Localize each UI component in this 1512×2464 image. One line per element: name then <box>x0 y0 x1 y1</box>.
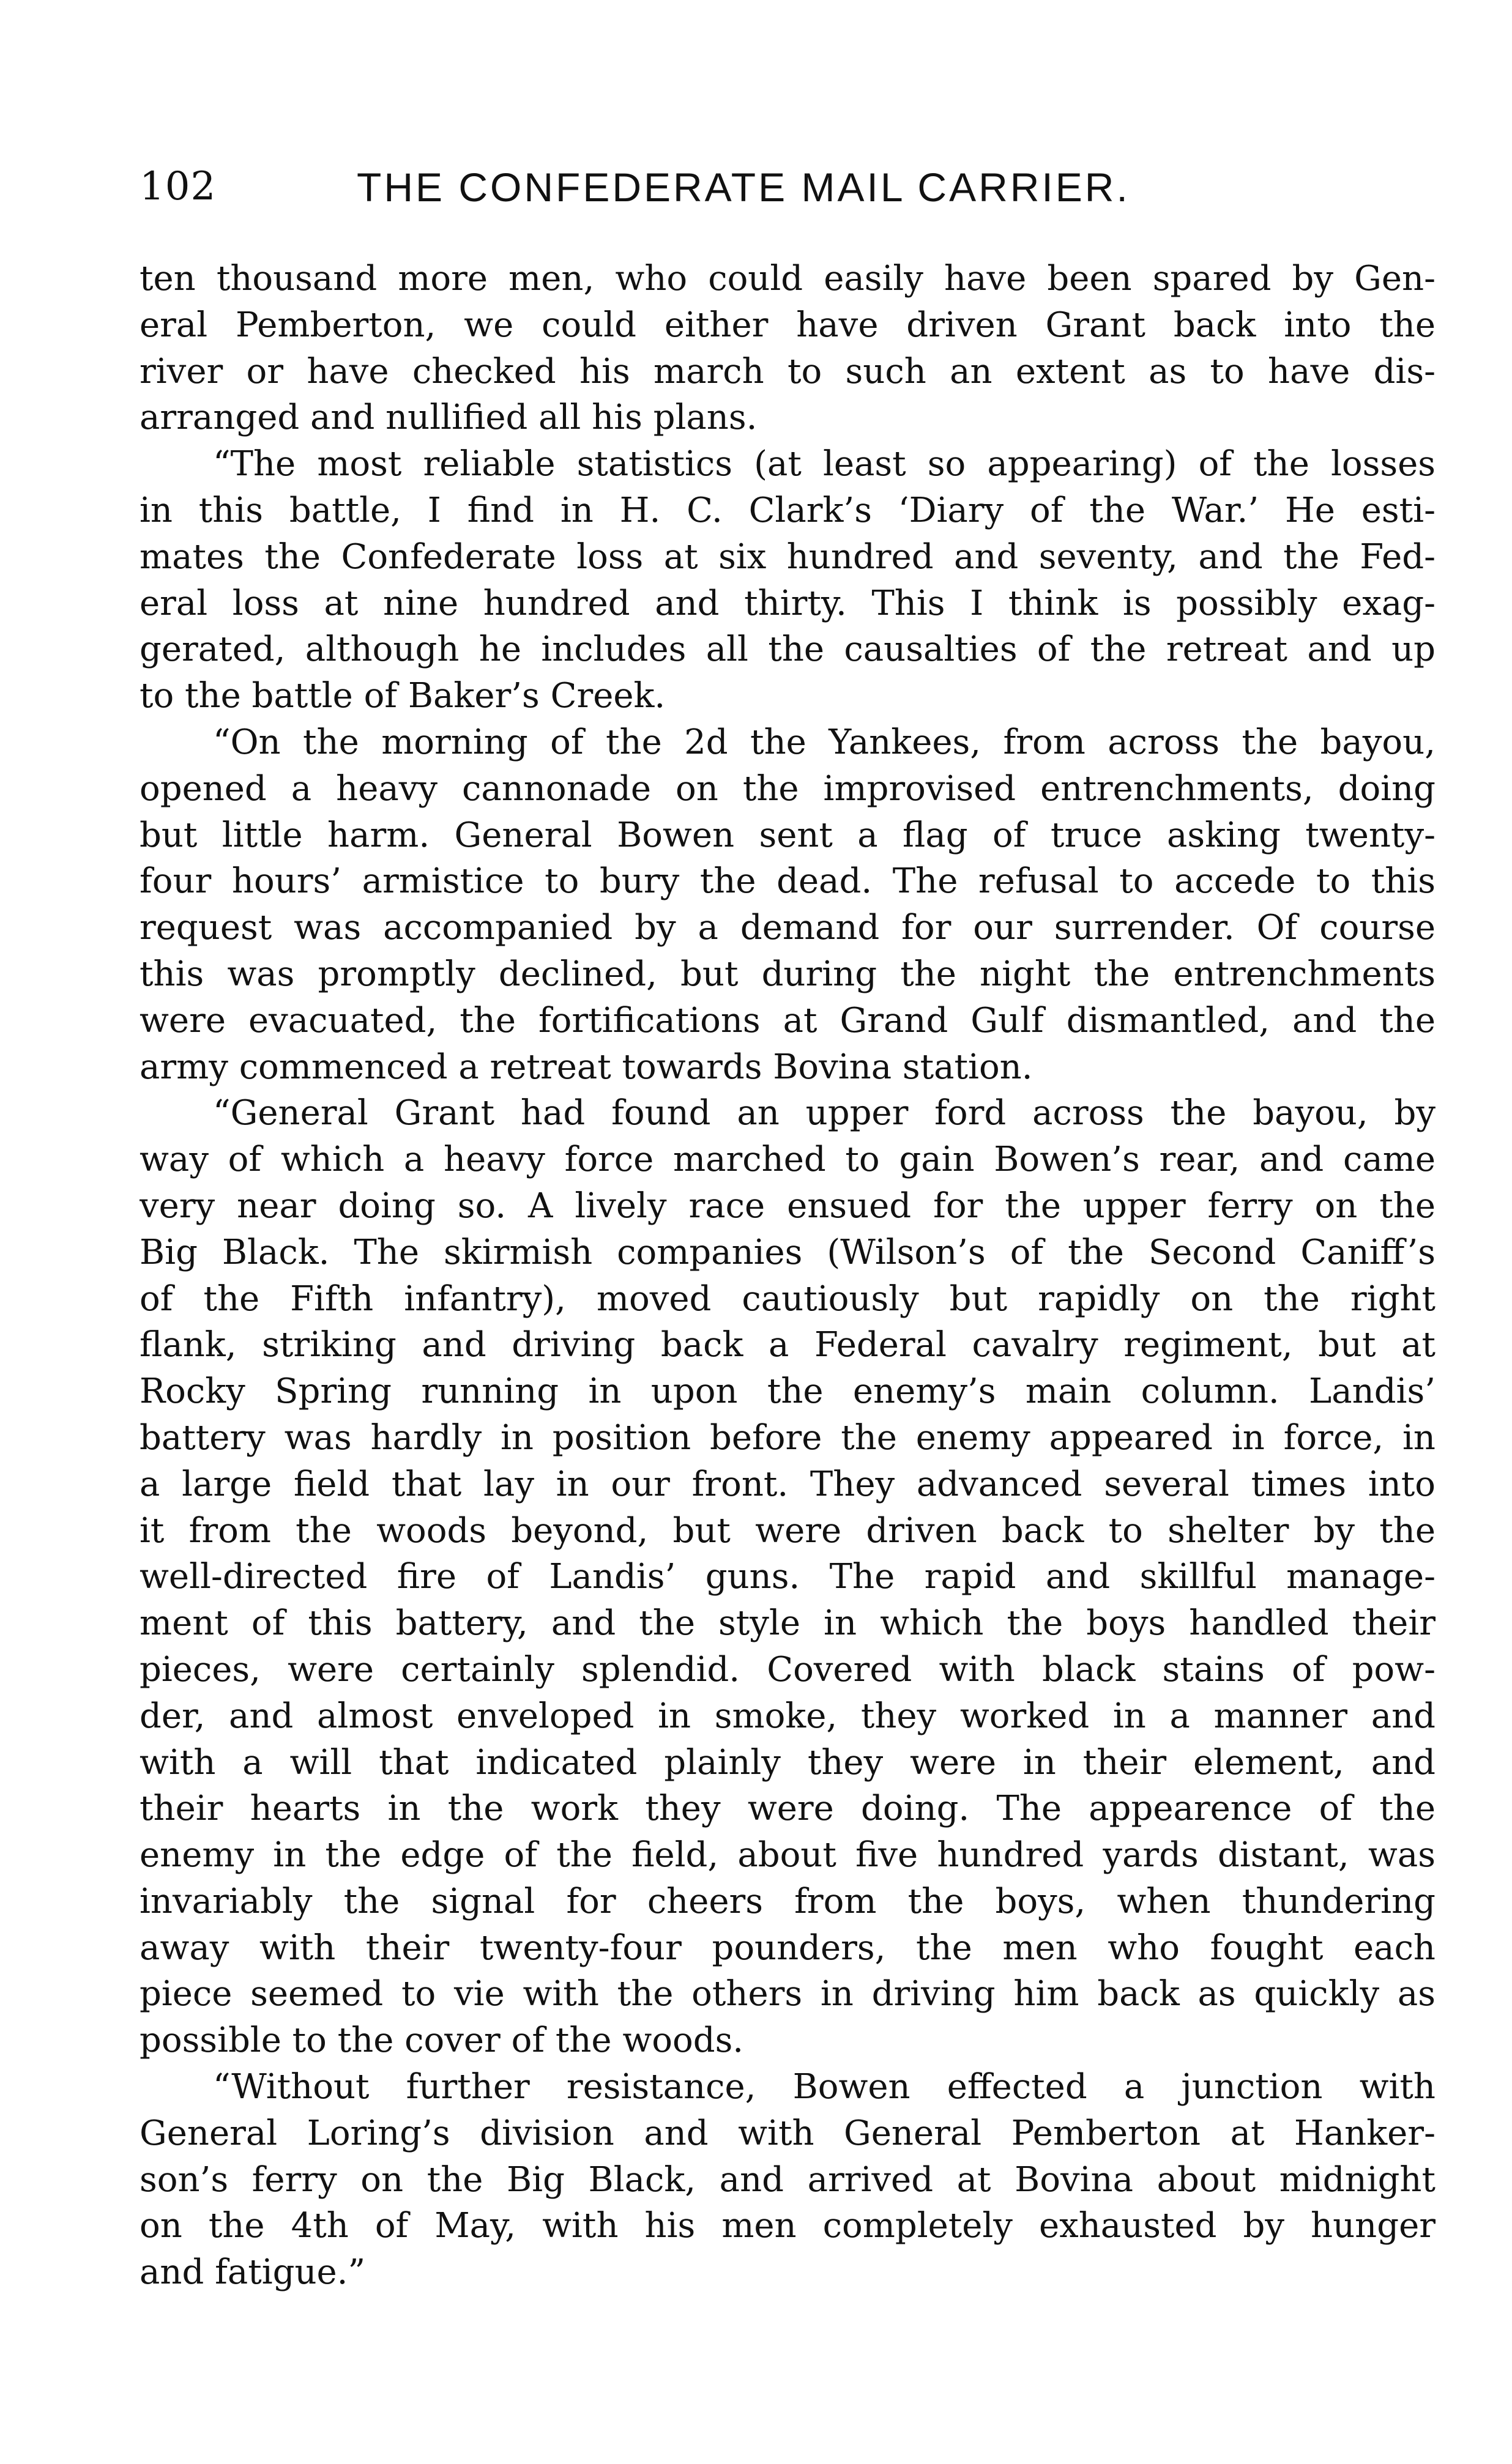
text-line: “General Grant had found an upper ford a… <box>140 1090 1436 1137</box>
text-line: river or have checked his march to such … <box>140 349 1436 395</box>
text-line: Rocky Spring running in upon the enemy’s… <box>140 1368 1436 1415</box>
text-line: request was accompanied by a demand for … <box>140 905 1436 951</box>
text-line: mates the Confederate loss at six hundre… <box>140 534 1436 581</box>
text-line: gerated, although he includes all the ca… <box>140 626 1436 673</box>
paragraph: “Without further resistance, Bowen effec… <box>140 2064 1436 2296</box>
text-line: way of which a heavy force marched to ga… <box>140 1137 1436 1183</box>
text-line: four hours’ armistice to bury the dead. … <box>140 858 1436 905</box>
book-page: 102 THE CONFEDERATE MAIL CARRIER. ten th… <box>0 0 1512 2464</box>
page-header: 102 THE CONFEDERATE MAIL CARRIER. <box>140 164 1302 219</box>
running-title: THE CONFEDERATE MAIL CARRIER. <box>357 164 1130 210</box>
text-line: away with their twenty-four pounders, th… <box>140 1925 1436 1972</box>
body-text: ten thousand more men, who could easily … <box>140 256 1436 2296</box>
text-line: piece seemed to vie with the others in d… <box>140 1971 1436 2017</box>
text-line: and fatigue.” <box>140 2249 1436 2296</box>
text-line: der, and almost enveloped in smoke, they… <box>140 1693 1436 1740</box>
paragraph: “On the morning of the 2d the Yankees, f… <box>140 719 1436 1090</box>
text-line: General Loring’s division and with Gener… <box>140 2110 1436 2157</box>
text-line: opened a heavy cannonade on the improvis… <box>140 766 1436 812</box>
text-line: eral Pemberton, we could either have dri… <box>140 302 1436 349</box>
text-line: very near doing so. A lively race ensued… <box>140 1183 1436 1230</box>
paragraph: “General Grant had found an upper ford a… <box>140 1090 1436 2064</box>
text-line: battery was hardly in position before th… <box>140 1415 1436 1461</box>
text-line: well-directed fire of Landis’ guns. The … <box>140 1554 1436 1600</box>
text-line: in this battle, I find in H. C. Clark’s … <box>140 488 1436 534</box>
text-line: ment of this battery, and the style in w… <box>140 1600 1436 1647</box>
text-line: were evacuated, the fortifications at Gr… <box>140 998 1436 1044</box>
text-line: possible to the cover of the woods. <box>140 2017 1436 2064</box>
text-line: “Without further resistance, Bowen effec… <box>140 2064 1436 2110</box>
text-line: flank, striking and driving back a Feder… <box>140 1322 1436 1368</box>
text-line: son’s ferry on the Big Black, and arrive… <box>140 2157 1436 2203</box>
text-line: of the Fifth infantry), moved cautiously… <box>140 1276 1436 1323</box>
text-line: eral loss at nine hundred and thirty. Th… <box>140 581 1436 627</box>
text-line: but little harm. General Bowen sent a fl… <box>140 812 1436 859</box>
text-line: invariably the signal for cheers from th… <box>140 1879 1436 1925</box>
text-line: with a will that indicated plainly they … <box>140 1740 1436 1786</box>
text-line: ten thousand more men, who could easily … <box>140 256 1436 302</box>
text-line: a large field that lay in our front. The… <box>140 1461 1436 1508</box>
text-line: their hearts in the work they were doing… <box>140 1786 1436 1832</box>
paragraph: “The most reliable statistics (at least … <box>140 441 1436 719</box>
text-line: army commenced a retreat towards Bovina … <box>140 1044 1436 1091</box>
text-line: on the 4th of May, with his men complete… <box>140 2203 1436 2249</box>
paragraph: ten thousand more men, who could easily … <box>140 256 1436 441</box>
text-line: arranged and nullified all his plans. <box>140 395 1436 441</box>
text-line: pieces, were certainly splendid. Covered… <box>140 1647 1436 1693</box>
text-line: Big Black. The skirmish companies (Wilso… <box>140 1230 1436 1276</box>
text-line: this was promptly declined, but during t… <box>140 951 1436 998</box>
text-line: “On the morning of the 2d the Yankees, f… <box>140 719 1436 766</box>
text-line: to the battle of Baker’s Creek. <box>140 673 1436 719</box>
text-line: enemy in the edge of the field, about fi… <box>140 1832 1436 1879</box>
page-number: 102 <box>140 164 216 209</box>
text-line: “The most reliable statistics (at least … <box>140 441 1436 488</box>
text-line: it from the woods beyond, but were drive… <box>140 1508 1436 1554</box>
